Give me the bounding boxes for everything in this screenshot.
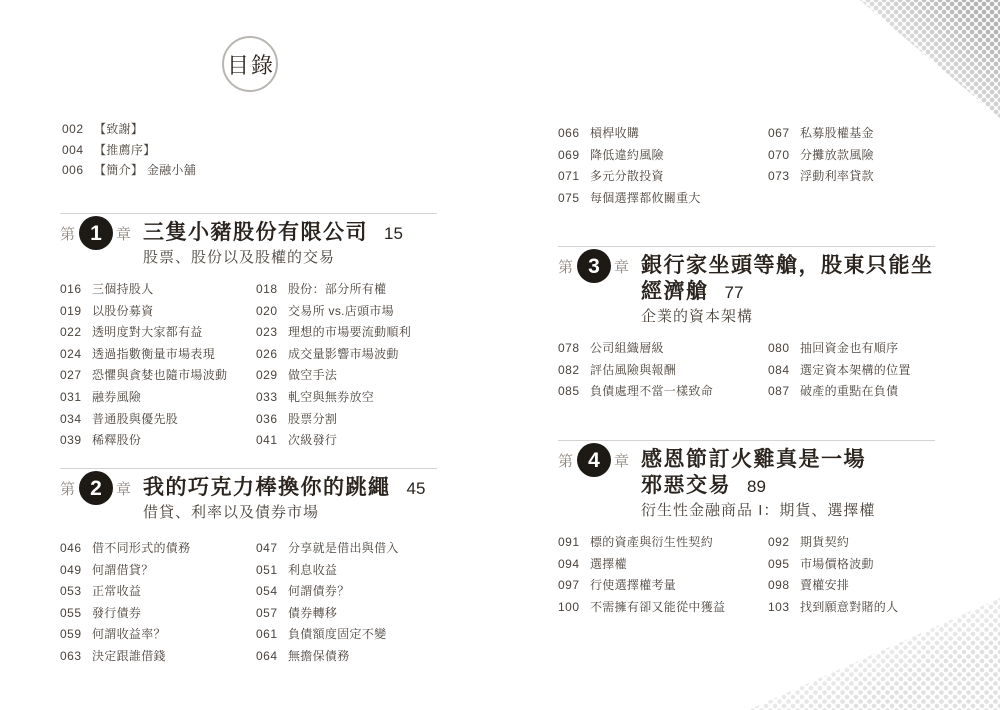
chapter-2-title: 我的巧克力棒換你的跳繩45 <box>143 475 425 502</box>
entry-title: 做空手法 <box>288 365 337 387</box>
entry-title: 評估風險與報酬 <box>590 360 676 382</box>
chapter-page-number: 45 <box>407 479 426 498</box>
entry-page-number: 092 <box>768 532 794 554</box>
entry-page-number: 091 <box>558 532 584 554</box>
entries-column-right: 092 期貨契約 095 市場價格波動 098 賣權安排 103 <box>768 532 935 618</box>
entry-page-number: 019 <box>60 301 86 323</box>
marker-prefix: 第 <box>558 256 574 277</box>
chapter-3-title-line2: 經濟艙77 <box>641 279 934 306</box>
entry-title: 槓桿收購 <box>590 123 639 145</box>
entry-page-number: 061 <box>256 624 282 646</box>
toc-entry: 066 槓桿收購 <box>558 123 768 145</box>
entry-title: 降低違約風險 <box>590 145 664 167</box>
toc-entry: 085 負債處理不當一樣致命 <box>558 381 768 403</box>
chapter-2-heading: 第 2 章 我的巧克力棒換你的跳繩45 借貸、利率以及債券市場 <box>60 475 437 522</box>
entry-page-number: 039 <box>60 430 86 452</box>
toc-entry: 078 公司組織層級 <box>558 338 768 360</box>
entry-title: 破產的重點在負債 <box>800 381 898 403</box>
entry-page-number: 097 <box>558 575 584 597</box>
entry-page-number: 084 <box>768 360 794 382</box>
toc-entry: 073 浮動利率貸款 <box>768 166 935 188</box>
toc-entry: 064 無擔保債務 <box>256 646 437 668</box>
entry-page-number: 080 <box>768 338 794 360</box>
entry-page-number: 018 <box>256 279 282 301</box>
toc-entry: 031 融券風險 <box>60 387 256 409</box>
halftone-corner-top-right <box>860 0 1000 118</box>
entry-title: 不需擁有卻又能從中獲益 <box>590 597 725 619</box>
chapter-number: 2 <box>90 478 102 499</box>
chapter-number-badge: 2 <box>79 471 113 505</box>
entry-page-number: 054 <box>256 581 282 603</box>
entry-page-number: 016 <box>60 279 86 301</box>
entry-page-number: 020 <box>256 301 282 323</box>
entries-column-left: 016 三個持股人 019 以股份募資 022 透明度對大家都有益 0 <box>60 279 256 452</box>
entry-title: 恐懼與貪婪也隨市場波動 <box>92 365 227 387</box>
chapter-2-continued-entries: 066 槓桿收購 069 降低違約風險 071 多元分散投資 075 每個選擇都… <box>558 123 935 209</box>
entries-column-right: 080 抽回資金也有順序 084 選定資本架構的位置 087 破產的重點在負債 <box>768 338 935 403</box>
toc-entry: 063 決定跟誰借錢 <box>60 646 256 668</box>
entry-page-number: 029 <box>256 365 282 387</box>
entry-title: 以股份募資 <box>92 301 154 323</box>
entry-page-number: 067 <box>768 123 794 145</box>
entry-page-number: 103 <box>768 597 794 619</box>
front-matter-list: 002 【致謝】 004 【推薦序】 006 【簡介】 金融小舖 <box>62 119 196 181</box>
chapter-page-number: 89 <box>747 477 766 496</box>
entry-title: 找到願意對賭的人 <box>800 597 898 619</box>
toc-entry: 022 透明度對大家都有益 <box>60 322 256 344</box>
entry-page-number: 087 <box>768 381 794 403</box>
entries-column-right: 018 股份：部分所有權 020 交易所 vs.店頭市場 023 理想的市場要流… <box>256 279 437 452</box>
chapter-3-heading: 第 3 章 銀行家坐頭等艙，股東只能坐 經濟艙77 企業的資本架構 <box>558 253 935 326</box>
marker-prefix: 第 <box>60 223 76 244</box>
toc-entry: 033 軋空與無券放空 <box>256 387 437 409</box>
toc-entry: 018 股份：部分所有權 <box>256 279 437 301</box>
chapter-1-heading: 第 1 章 三隻小豬股份有限公司15 股票、股份以及股權的交易 <box>60 220 437 267</box>
entry-page-number: 066 <box>558 123 584 145</box>
entry-page-number: 098 <box>768 575 794 597</box>
entry-page-number: 041 <box>256 430 282 452</box>
marker-suffix: 章 <box>614 450 630 471</box>
entries-column-left: 078 公司組織層級 082 評估風險與報酬 085 負債處理不當一樣致命 <box>558 338 768 403</box>
entry-title: 決定跟誰借錢 <box>92 646 166 668</box>
entry-title: 利息收益 <box>288 560 337 582</box>
entry-title: 【推薦序】 <box>94 140 156 161</box>
entry-title: 賣權安排 <box>800 575 849 597</box>
toc-entry: 049 何謂借貸？ <box>60 560 256 582</box>
chapter-2-block: 第 2 章 我的巧克力棒換你的跳繩45 借貸、利率以及債券市場 046 借不同形… <box>60 468 437 668</box>
entry-page-number: 094 <box>558 554 584 576</box>
chapter-number-badge: 3 <box>577 249 611 283</box>
toc-entry: 026 成交量影響市場波動 <box>256 344 437 366</box>
entry-title: 浮動利率貸款 <box>800 166 874 188</box>
toc-entry: 067 私募股權基金 <box>768 123 935 145</box>
entry-page-number: 063 <box>60 646 86 668</box>
entry-page-number: 002 <box>62 119 88 140</box>
entry-title: 市場價格波動 <box>800 554 874 576</box>
entry-page-number: 059 <box>60 624 86 646</box>
chapter-3-subtitle: 企業的資本架構 <box>641 308 934 326</box>
marker-suffix: 章 <box>614 256 630 277</box>
halftone-fade <box>860 0 1000 118</box>
toc-entry: 024 透過指數衡量市場表現 <box>60 344 256 366</box>
toc-entry: 053 正常收益 <box>60 581 256 603</box>
toc-entry: 059 何謂收益率？ <box>60 624 256 646</box>
toc-entry: 092 期貨契約 <box>768 532 935 554</box>
chapter-page-number: 15 <box>384 224 403 243</box>
entry-title: 無擔保債務 <box>288 646 350 668</box>
entry-title: 股票分割 <box>288 409 337 431</box>
toc-entry: 016 三個持股人 <box>60 279 256 301</box>
entry-page-number: 057 <box>256 603 282 625</box>
toc-entry: 098 賣權安排 <box>768 575 935 597</box>
chapter-page-number: 77 <box>725 283 744 302</box>
entry-page-number: 034 <box>60 409 86 431</box>
marker-prefix: 第 <box>558 450 574 471</box>
entry-page-number: 085 <box>558 381 584 403</box>
entry-page-number: 051 <box>256 560 282 582</box>
entry-title: 每個選擇都攸關重大 <box>590 188 701 210</box>
entry-page-number: 024 <box>60 344 86 366</box>
entry-title: 何謂借貸？ <box>92 560 154 582</box>
entry-page-number: 064 <box>256 646 282 668</box>
chapter-3-block: 第 3 章 銀行家坐頭等艙，股東只能坐 經濟艙77 企業的資本架構 078 公司… <box>558 246 935 403</box>
toc-entry: 094 選擇權 <box>558 554 768 576</box>
entry-page-number: 046 <box>60 538 86 560</box>
chapter-4-title-line2: 邪惡交易89 <box>641 473 875 500</box>
entry-title: 股份：部分所有權 <box>288 279 386 301</box>
entry-page-number: 023 <box>256 322 282 344</box>
chapter-number-badge: 1 <box>79 216 113 250</box>
toc-entry: 036 股票分割 <box>256 409 437 431</box>
entry-page-number: 053 <box>60 581 86 603</box>
toc-entry: 087 破產的重點在負債 <box>768 381 935 403</box>
front-matter-item: 006 【簡介】 金融小舖 <box>62 160 196 181</box>
entry-page-number: 049 <box>60 560 86 582</box>
entry-title: 多元分散投資 <box>590 166 664 188</box>
chapter-3-entries: 078 公司組織層級 082 評估風險與報酬 085 負債處理不當一樣致命 <box>558 338 935 403</box>
marker-prefix: 第 <box>60 478 76 499</box>
halftone-dots <box>860 0 1000 118</box>
chapter-number: 4 <box>588 450 600 471</box>
entries-column-left: 066 槓桿收購 069 降低違約風險 071 多元分散投資 075 每個選擇都… <box>558 123 768 209</box>
toc-entry: 061 負債額度固定不變 <box>256 624 437 646</box>
entry-page-number: 022 <box>60 322 86 344</box>
entry-title: 債券轉移 <box>288 603 337 625</box>
entry-title: 正常收益 <box>92 581 141 603</box>
chapter-4-heading: 第 4 章 感恩節訂火雞真是一場 邪惡交易89 衍生性金融商品 I：期貨、選擇權 <box>558 447 935 520</box>
marker-suffix: 章 <box>116 478 132 499</box>
front-matter-item: 004 【推薦序】 <box>62 140 196 161</box>
chapter-1-subtitle: 股票、股份以及股權的交易 <box>143 249 403 267</box>
entry-page-number: 055 <box>60 603 86 625</box>
entry-title: 融券風險 <box>92 387 141 409</box>
toc-entry: 047 分享就是借出與借入 <box>256 538 437 560</box>
entries-column-left: 091 標的資產與衍生性契約 094 選擇權 097 行使選擇權考量 <box>558 532 768 618</box>
entry-title: 三個持股人 <box>92 279 154 301</box>
entry-title: 成交量影響市場波動 <box>288 344 399 366</box>
entry-title: 【致謝】 <box>94 119 143 140</box>
chapter-3-title-line1: 銀行家坐頭等艙，股東只能坐 <box>641 253 934 279</box>
chapter-4-subtitle: 衍生性金融商品 I：期貨、選擇權 <box>641 502 875 520</box>
entry-page-number: 100 <box>558 597 584 619</box>
chapter-1-title: 三隻小豬股份有限公司15 <box>143 220 403 247</box>
entry-title: 【簡介】 金融小舖 <box>94 160 196 181</box>
entry-title: 私募股權基金 <box>800 123 874 145</box>
entry-title: 公司組織層級 <box>590 338 664 360</box>
toc-entry: 034 普通股與優先股 <box>60 409 256 431</box>
chapter-2-marker: 第 2 章 <box>60 471 132 505</box>
front-matter-item: 002 【致謝】 <box>62 119 196 140</box>
toc-entry: 019 以股份募資 <box>60 301 256 323</box>
toc-entry: 082 評估風險與報酬 <box>558 360 768 382</box>
toc-entry: 020 交易所 vs.店頭市場 <box>256 301 437 323</box>
toc-entry: 039 稀釋股份 <box>60 430 256 452</box>
chapter-2-subtitle: 借貸、利率以及債券市場 <box>143 504 425 522</box>
entry-page-number: 036 <box>256 409 282 431</box>
toc-entry: 084 選定資本架構的位置 <box>768 360 935 382</box>
toc-entry: 041 次級發行 <box>256 430 437 452</box>
entry-title: 負債額度固定不變 <box>288 624 386 646</box>
entry-title: 發行債券 <box>92 603 141 625</box>
entry-page-number: 095 <box>768 554 794 576</box>
entry-page-number: 031 <box>60 387 86 409</box>
toc-entry: 055 發行債券 <box>60 603 256 625</box>
entry-title: 稀釋股份 <box>92 430 141 452</box>
toc-entry: 027 恐懼與貪婪也隨市場波動 <box>60 365 256 387</box>
entry-title: 透過指數衡量市場表現 <box>92 344 215 366</box>
toc-title-badge: 目錄 <box>222 36 278 92</box>
entry-page-number: 078 <box>558 338 584 360</box>
entry-title: 負債處理不當一樣致命 <box>590 381 713 403</box>
toc-entry: 051 利息收益 <box>256 560 437 582</box>
chapter-4-block: 第 4 章 感恩節訂火雞真是一場 邪惡交易89 衍生性金融商品 I：期貨、選擇權… <box>558 440 935 618</box>
chapter-2-entries: 046 借不同形式的債務 049 何謂借貸？ 053 正常收益 055 <box>60 538 437 668</box>
entry-page-number: 075 <box>558 188 584 210</box>
entry-page-number: 026 <box>256 344 282 366</box>
chapter-4-entries: 091 標的資產與衍生性契約 094 選擇權 097 行使選擇權考量 <box>558 532 935 618</box>
toc-page: 目錄 002 【致謝】 004 【推薦序】 006 【簡介】 金融小舖 第 1 <box>0 0 1000 710</box>
entry-page-number: 069 <box>558 145 584 167</box>
entry-page-number: 047 <box>256 538 282 560</box>
entry-title: 分攤放款風險 <box>800 145 874 167</box>
entry-title: 交易所 vs.店頭市場 <box>288 301 394 323</box>
chapter-1-marker: 第 1 章 <box>60 216 132 250</box>
entry-title: 何謂債券？ <box>288 581 350 603</box>
chapter-4-title-line1: 感恩節訂火雞真是一場 <box>641 447 875 473</box>
toc-entry: 103 找到願意對賭的人 <box>768 597 935 619</box>
toc-entry: 070 分攤放款風險 <box>768 145 935 167</box>
chapter-number: 3 <box>588 256 600 277</box>
entry-title: 理想的市場要流動順利 <box>288 322 411 344</box>
entry-page-number: 082 <box>558 360 584 382</box>
entries-column-left: 046 借不同形式的債務 049 何謂借貸？ 053 正常收益 055 <box>60 538 256 668</box>
entry-page-number: 033 <box>256 387 282 409</box>
toc-entry: 023 理想的市場要流動順利 <box>256 322 437 344</box>
entry-title: 何謂收益率？ <box>92 624 166 646</box>
entry-title: 次級發行 <box>288 430 337 452</box>
entry-title: 選擇權 <box>590 554 627 576</box>
chapter-1-block: 第 1 章 三隻小豬股份有限公司15 股票、股份以及股權的交易 016 三個持股… <box>60 213 437 452</box>
entry-title: 抽回資金也有順序 <box>800 338 898 360</box>
entry-title: 軋空與無券放空 <box>288 387 374 409</box>
entry-page-number: 071 <box>558 166 584 188</box>
entry-page-number: 027 <box>60 365 86 387</box>
toc-entry: 080 抽回資金也有順序 <box>768 338 935 360</box>
toc-entry: 069 降低違約風險 <box>558 145 768 167</box>
chapter-number-badge: 4 <box>577 443 611 477</box>
entries-column-right: 047 分享就是借出與借入 051 利息收益 054 何謂債券？ 05 <box>256 538 437 668</box>
entry-title: 透明度對大家都有益 <box>92 322 203 344</box>
entry-title: 標的資產與衍生性契約 <box>590 532 713 554</box>
entry-title: 普通股與優先股 <box>92 409 178 431</box>
entry-title: 期貨契約 <box>800 532 849 554</box>
toc-entry: 057 債券轉移 <box>256 603 437 625</box>
toc-entry: 071 多元分散投資 <box>558 166 768 188</box>
entry-page-number: 004 <box>62 140 88 161</box>
entry-page-number: 006 <box>62 160 88 181</box>
toc-entry: 091 標的資產與衍生性契約 <box>558 532 768 554</box>
entry-page-number: 073 <box>768 166 794 188</box>
entry-title: 分享就是借出與借入 <box>288 538 399 560</box>
entry-title: 借不同形式的債務 <box>92 538 190 560</box>
toc-entry: 097 行使選擇權考量 <box>558 575 768 597</box>
entry-title: 選定資本架構的位置 <box>800 360 911 382</box>
toc-entry: 095 市場價格波動 <box>768 554 935 576</box>
toc-entry: 054 何謂債券？ <box>256 581 437 603</box>
entries-column-right: 067 私募股權基金 070 分攤放款風險 073 浮動利率貸款 <box>768 123 935 209</box>
toc-entry: 029 做空手法 <box>256 365 437 387</box>
marker-suffix: 章 <box>116 223 132 244</box>
toc-entry: 075 每個選擇都攸關重大 <box>558 188 768 210</box>
entry-title: 行使選擇權考量 <box>590 575 676 597</box>
toc-entry: 046 借不同形式的債務 <box>60 538 256 560</box>
chapter-1-entries: 016 三個持股人 019 以股份募資 022 透明度對大家都有益 0 <box>60 279 437 452</box>
chapter-3-marker: 第 3 章 <box>558 249 630 283</box>
toc-entry: 100 不需擁有卻又能從中獲益 <box>558 597 768 619</box>
entry-page-number: 070 <box>768 145 794 167</box>
chapter-number: 1 <box>90 223 102 244</box>
chapter-4-marker: 第 4 章 <box>558 443 630 477</box>
